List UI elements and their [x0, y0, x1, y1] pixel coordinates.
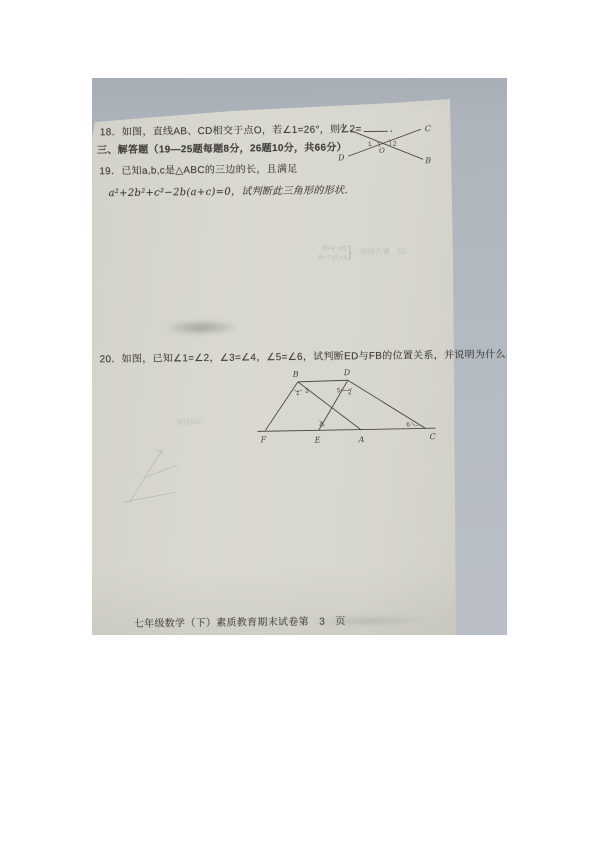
- fig18-label-C: C: [425, 124, 431, 133]
- fig18-label-D: D: [337, 153, 345, 162]
- section-3-header: 三、解答题（19—25题每题8分，26题10分，共66分）: [97, 142, 347, 157]
- question-18-text: 18．如图，直线AB、CD相交于点O，若∠1=26°，则∠2=: [100, 124, 362, 138]
- figure-18-intersecting-lines: A C D B O 1 2: [335, 116, 438, 169]
- bleedthrough-eq-block: 22．解方程组：{ 2x−y=5 x+2y=−4: [318, 243, 406, 262]
- fig20-label-B: B: [292, 370, 299, 379]
- pencil-sketch: [96, 435, 197, 518]
- fig20-label-C: C: [429, 432, 435, 441]
- bleedthrough-brace: {: [347, 244, 352, 261]
- fig20-angle-3: 3: [305, 388, 309, 395]
- fig20-label-F: F: [260, 435, 267, 444]
- question-19-text: 19．已知a,b,c是△ABC的三边的长，且满足: [99, 164, 297, 178]
- fig20-angle-6: 6: [406, 421, 410, 428]
- line-FB: [265, 382, 299, 430]
- fig20-angle-1: 1: [296, 390, 300, 397]
- fig20-angle-2: 2: [348, 389, 352, 396]
- fig18-angle-2: 2: [393, 141, 397, 148]
- fig20-label-D: D: [343, 368, 351, 377]
- fig18-label-A: A: [339, 122, 346, 131]
- question-20-text: 20．如图，已知∠1=∠2，∠3=∠4，∠5=∠6，试判断ED与FB的位置关系，…: [100, 349, 507, 366]
- bleedthrough-label: 22．解方程组：: [352, 247, 405, 257]
- paper-content: 18．如图，直线AB、CD相交于点O，若∠1=26°，则∠2=． A C D B…: [92, 78, 507, 635]
- line-DC: [348, 379, 426, 429]
- bleedthrough-note: ∵AB∥DE: [175, 417, 204, 426]
- bleedthrough-eq-bottom: x+2y=−4: [318, 252, 347, 261]
- footer-smudge: [310, 615, 430, 626]
- fig18-angle-1: 1: [368, 141, 372, 148]
- ink-smudge: [164, 320, 238, 336]
- bleedthrough-eq-top: 2x−y=5: [323, 243, 348, 252]
- fig18-label-B: B: [424, 156, 431, 165]
- sketch-line-2: [124, 492, 175, 502]
- fig20-angle-4: 4: [319, 422, 323, 429]
- exam-paper-photo: 18．如图，直线AB、CD相交于点O，若∠1=26°，则∠2=． A C D B…: [92, 78, 507, 635]
- line-BD-top: [298, 380, 348, 382]
- line-AB: [350, 129, 423, 160]
- fig20-label-E: E: [314, 436, 321, 445]
- question-19-formula: a²+2b²+c²−2b(a+c)=0，试判断此三角形的形状．: [108, 185, 354, 200]
- line-FC-base: [257, 428, 435, 431]
- fig20-angle-5: 5: [337, 387, 341, 394]
- fig20-label-A: A: [358, 435, 365, 444]
- fig18-label-O: O: [379, 147, 385, 155]
- sketch-line-1: [129, 449, 164, 503]
- page: { "photo": { "footer": "七年级数学（下）素质教育期末试卷…: [0, 0, 595, 842]
- figure-20-trapezoid: B D F E A C 1 3 5 2 4 6: [253, 366, 450, 450]
